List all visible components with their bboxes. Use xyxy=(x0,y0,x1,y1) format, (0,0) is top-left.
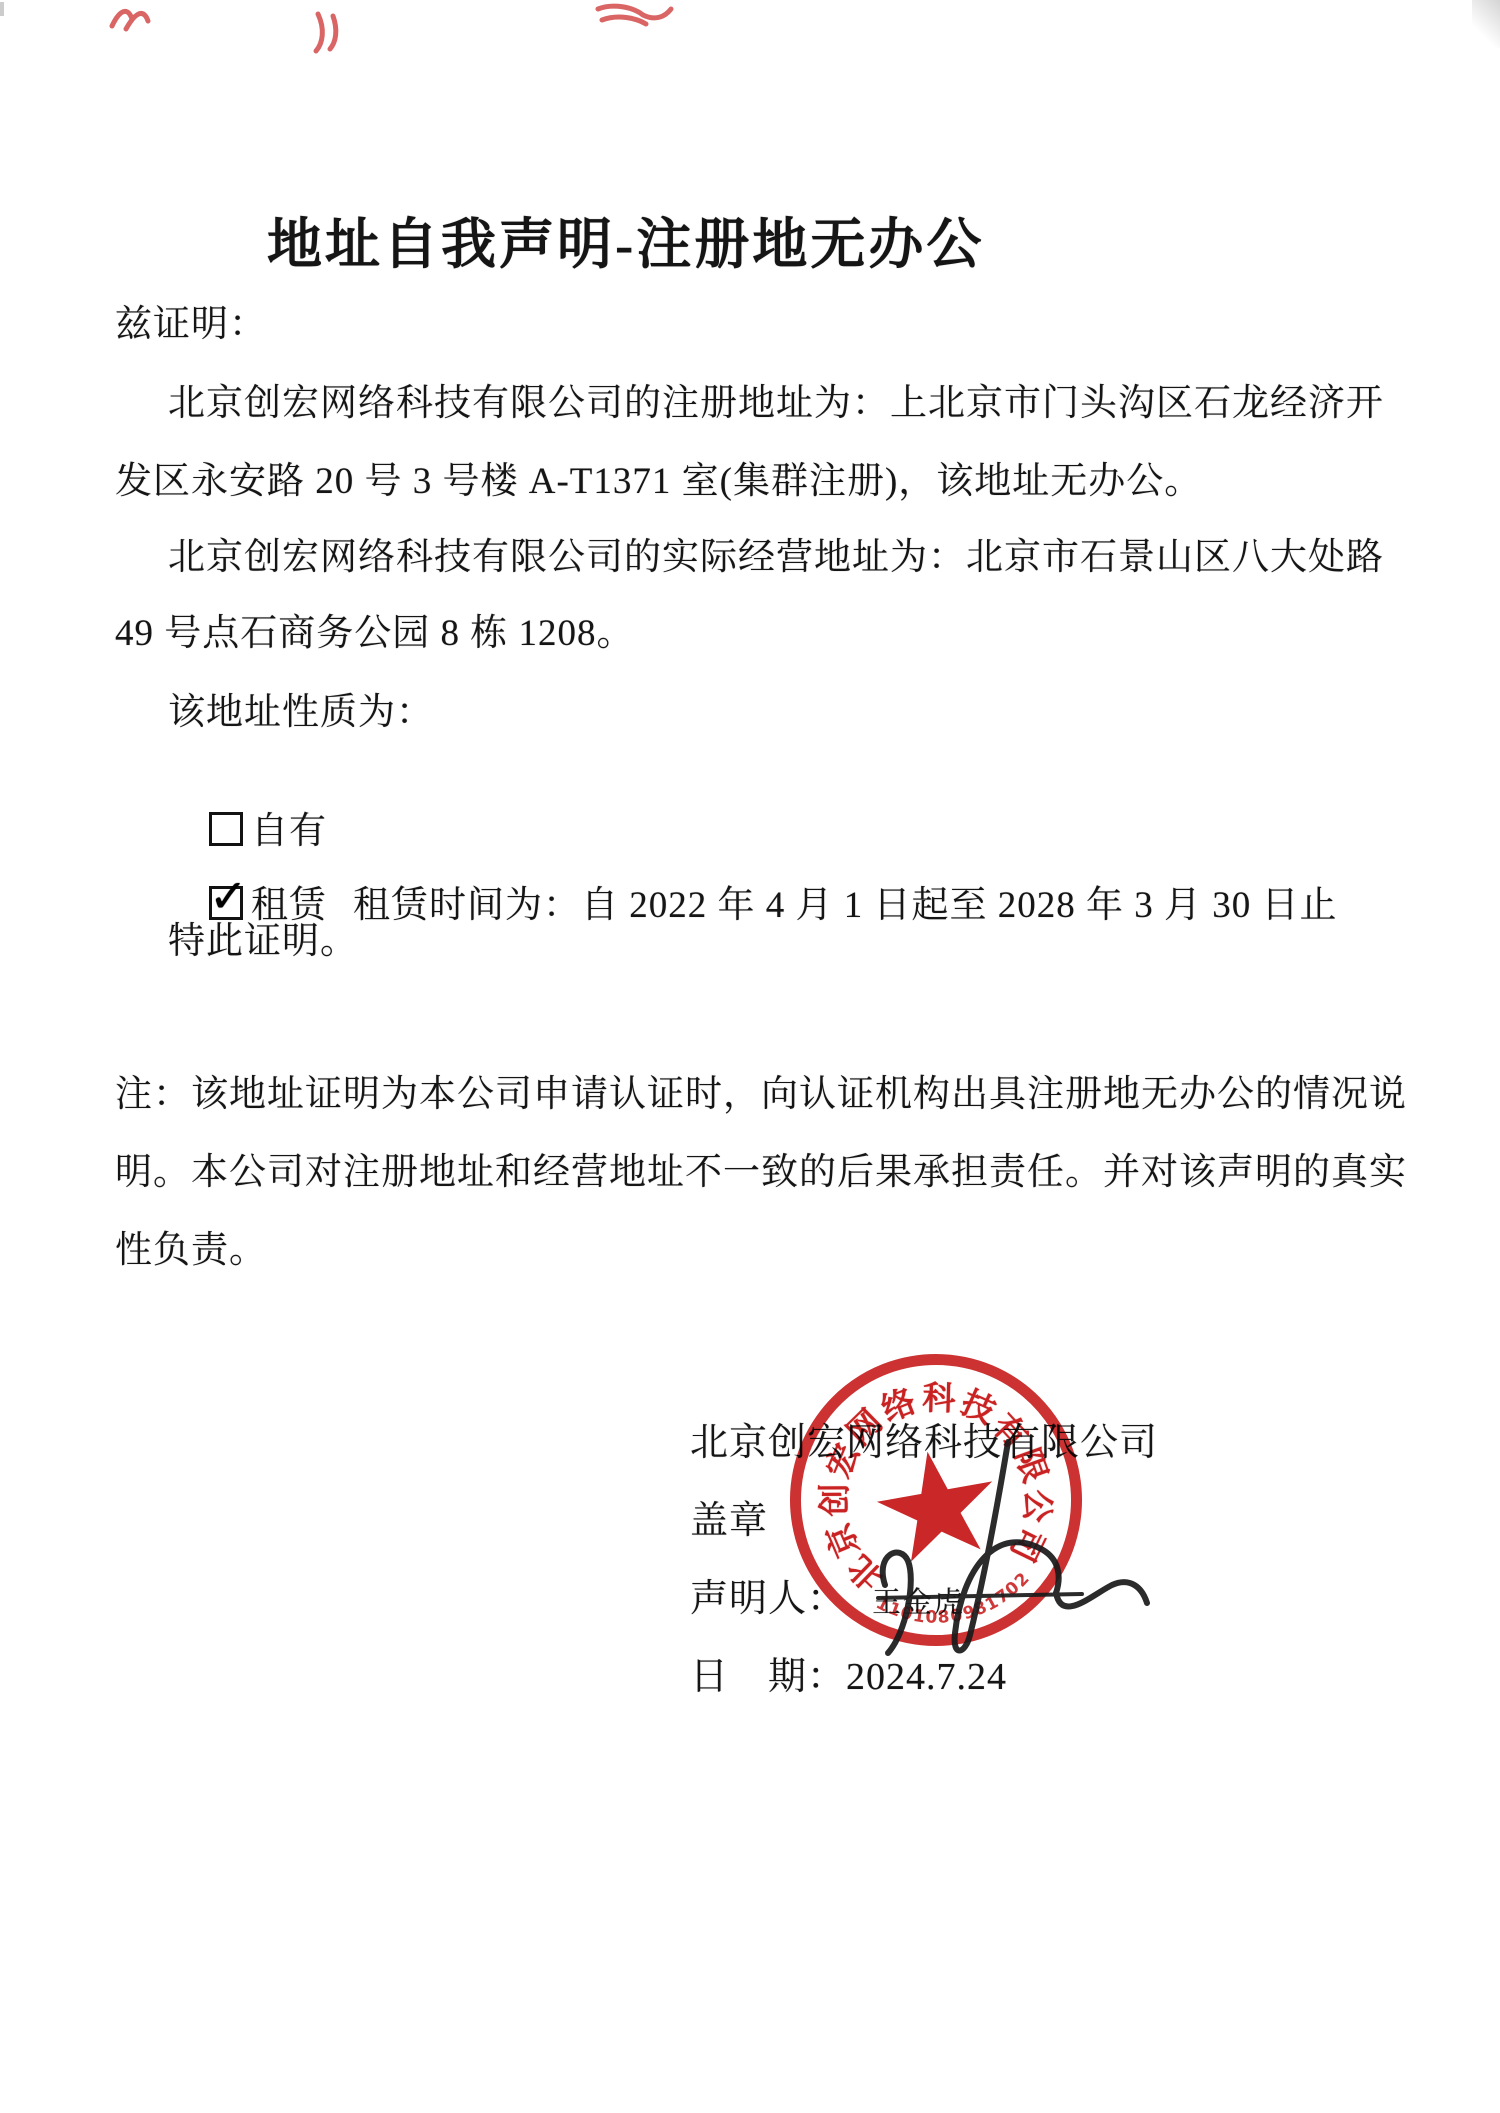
red-pen-artifacts xyxy=(90,0,710,56)
rent-period-text: 租赁时间为：自 2022 年 4 月 1 日起至 2028 年 3 月 30 日… xyxy=(353,885,1338,926)
salutation: 兹证明： xyxy=(115,293,267,347)
conclusion-line: 特此证明。 xyxy=(168,910,358,964)
note-line-3: 性负责。 xyxy=(115,1219,267,1273)
business-address-line-1: 北京创宏网络科技有限公司的实际经营地址为：北京市石景山区八大处路 xyxy=(168,526,1384,580)
document-title: 地址自我声明-注册地无办公 xyxy=(267,200,984,279)
address-nature-label: 该地址性质为： xyxy=(168,681,434,735)
scan-edge-mark xyxy=(0,2,4,16)
document-page: 地址自我声明-注册地无办公 兹证明： 北京创宏网络科技有限公司的注册地址为：上北… xyxy=(0,0,1500,2113)
signature-scrawl xyxy=(800,1395,1200,1685)
note-line-1: 注：该地址证明为本公司申请认证时，向认证机构出具注册地无办公的情况说 xyxy=(115,1063,1407,1117)
note-line-2: 明。本公司对注册地址和经营地址不一致的后果承担责任。并对该声明的真实 xyxy=(115,1141,1407,1195)
registered-address-line-2: 发区永安路 20 号 3 号楼 A-T1371 室(集群注册)，该地址无办公。 xyxy=(115,450,1202,504)
scan-corner-smudge xyxy=(1472,0,1500,48)
business-address-line-2: 49 号点石商务公园 8 栋 1208。 xyxy=(115,602,635,656)
registered-address-line-1: 北京创宏网络科技有限公司的注册地址为：上北京市门头沟区石龙经济开 xyxy=(168,372,1384,426)
stamp-label: 盖章 xyxy=(690,1489,768,1544)
